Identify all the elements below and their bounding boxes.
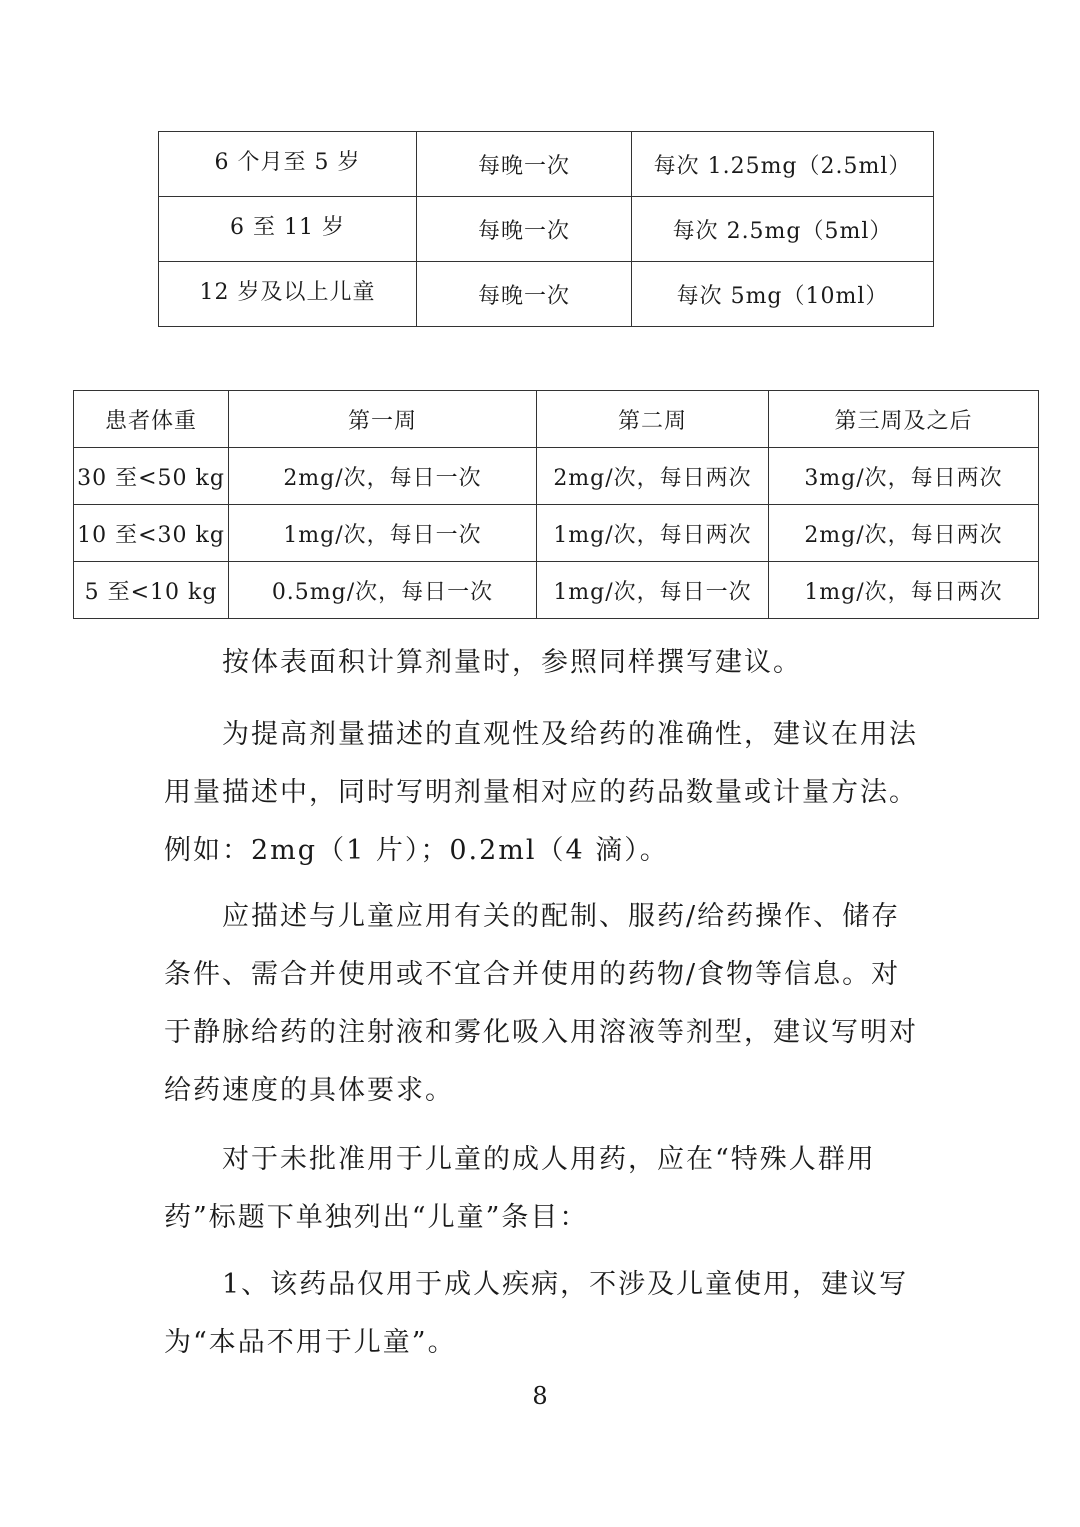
table-row: 30 至<50 kg 2mg/次，每日一次 2mg/次，每日两次 3mg/次，每… — [74, 448, 1039, 505]
table-cell-week2: 1mg/次，每日一次 — [537, 562, 769, 619]
table-row: 12 岁及以上儿童 每晚一次 每次 5mg（10ml） — [159, 262, 934, 327]
table-header-row: 患者体重 第一周 第二周 第三周及之后 — [74, 391, 1039, 448]
paragraph-text: 按体表面积计算剂量时，参照同样撰写建议。 — [222, 647, 802, 678]
paragraph-preparation-info: 应描述与儿童应用有关的配制、服药/给药操作、储存条件、需合并使用或不宜合并使用的… — [164, 888, 928, 1120]
table-cell-dose: 每次 2.5mg（5ml） — [632, 197, 934, 262]
age-dosage-table: 6 个月至 5 岁 每晚一次 每次 1.25mg（2.5ml） 6 至 11 岁… — [158, 131, 934, 327]
table-row: 5 至<10 kg 0.5mg/次，每日一次 1mg/次，每日一次 1mg/次，… — [74, 562, 1039, 619]
table-cell-week3-plus: 3mg/次，每日两次 — [769, 448, 1039, 505]
paragraph-text: 对于未批准用于儿童的成人用药，应在“特殊人群用药”标题下单独列出“儿童”条目： — [164, 1144, 876, 1233]
table-cell-frequency: 每晚一次 — [417, 197, 632, 262]
table-cell-week1: 2mg/次，每日一次 — [229, 448, 537, 505]
column-header-week3-plus: 第三周及之后 — [769, 391, 1039, 448]
table-row: 10 至<30 kg 1mg/次，每日一次 1mg/次，每日两次 2mg/次，每… — [74, 505, 1039, 562]
paragraph-text: 1、该药品仅用于成人疾病，不涉及儿童使用，建议写为“本品不用于儿童”。 — [164, 1269, 908, 1358]
page-number: 8 — [0, 1382, 1080, 1410]
paragraph-text: 应描述与儿童应用有关的配制、服药/给药操作、储存条件、需合并使用或不宜合并使用的… — [164, 901, 918, 1106]
column-header-week1: 第一周 — [229, 391, 537, 448]
table-cell-age: 6 至 11 岁 — [159, 197, 417, 262]
paragraph-text: 为提高剂量描述的直观性及给药的准确性，建议在用法用量描述中，同时写明剂量相对应的… — [164, 719, 918, 866]
table-row: 6 至 11 岁 每晚一次 每次 2.5mg（5ml） — [159, 197, 934, 262]
table-cell-week3-plus: 2mg/次，每日两次 — [769, 505, 1039, 562]
column-header-week2: 第二周 — [537, 391, 769, 448]
paragraph-adult-drugs: 对于未批准用于儿童的成人用药，应在“特殊人群用药”标题下单独列出“儿童”条目： — [164, 1131, 928, 1247]
table-cell-dose: 每次 1.25mg（2.5ml） — [632, 132, 934, 197]
table-cell-age: 6 个月至 5 岁 — [159, 132, 417, 197]
table-cell-week1: 1mg/次，每日一次 — [229, 505, 537, 562]
table-cell-weight: 5 至<10 kg — [74, 562, 229, 619]
table-cell-frequency: 每晚一次 — [417, 262, 632, 327]
column-header-weight: 患者体重 — [74, 391, 229, 448]
table-cell-frequency: 每晚一次 — [417, 132, 632, 197]
paragraph-body-surface-area: 按体表面积计算剂量时，参照同样撰写建议。 — [164, 634, 928, 692]
table-cell-age: 12 岁及以上儿童 — [159, 262, 417, 327]
table-cell-week2: 2mg/次，每日两次 — [537, 448, 769, 505]
paragraph-dose-description: 为提高剂量描述的直观性及给药的准确性，建议在用法用量描述中，同时写明剂量相对应的… — [164, 706, 928, 880]
paragraph-item-1: 1、该药品仅用于成人疾病，不涉及儿童使用，建议写为“本品不用于儿童”。 — [164, 1256, 928, 1372]
table-cell-weight: 10 至<30 kg — [74, 505, 229, 562]
table-cell-dose: 每次 5mg（10ml） — [632, 262, 934, 327]
table-cell-week2: 1mg/次，每日两次 — [537, 505, 769, 562]
weight-dosage-table: 患者体重 第一周 第二周 第三周及之后 30 至<50 kg 2mg/次，每日一… — [73, 390, 1039, 619]
table-cell-weight: 30 至<50 kg — [74, 448, 229, 505]
table-cell-week1: 0.5mg/次，每日一次 — [229, 562, 537, 619]
table-row: 6 个月至 5 岁 每晚一次 每次 1.25mg（2.5ml） — [159, 132, 934, 197]
table-cell-week3-plus: 1mg/次，每日两次 — [769, 562, 1039, 619]
